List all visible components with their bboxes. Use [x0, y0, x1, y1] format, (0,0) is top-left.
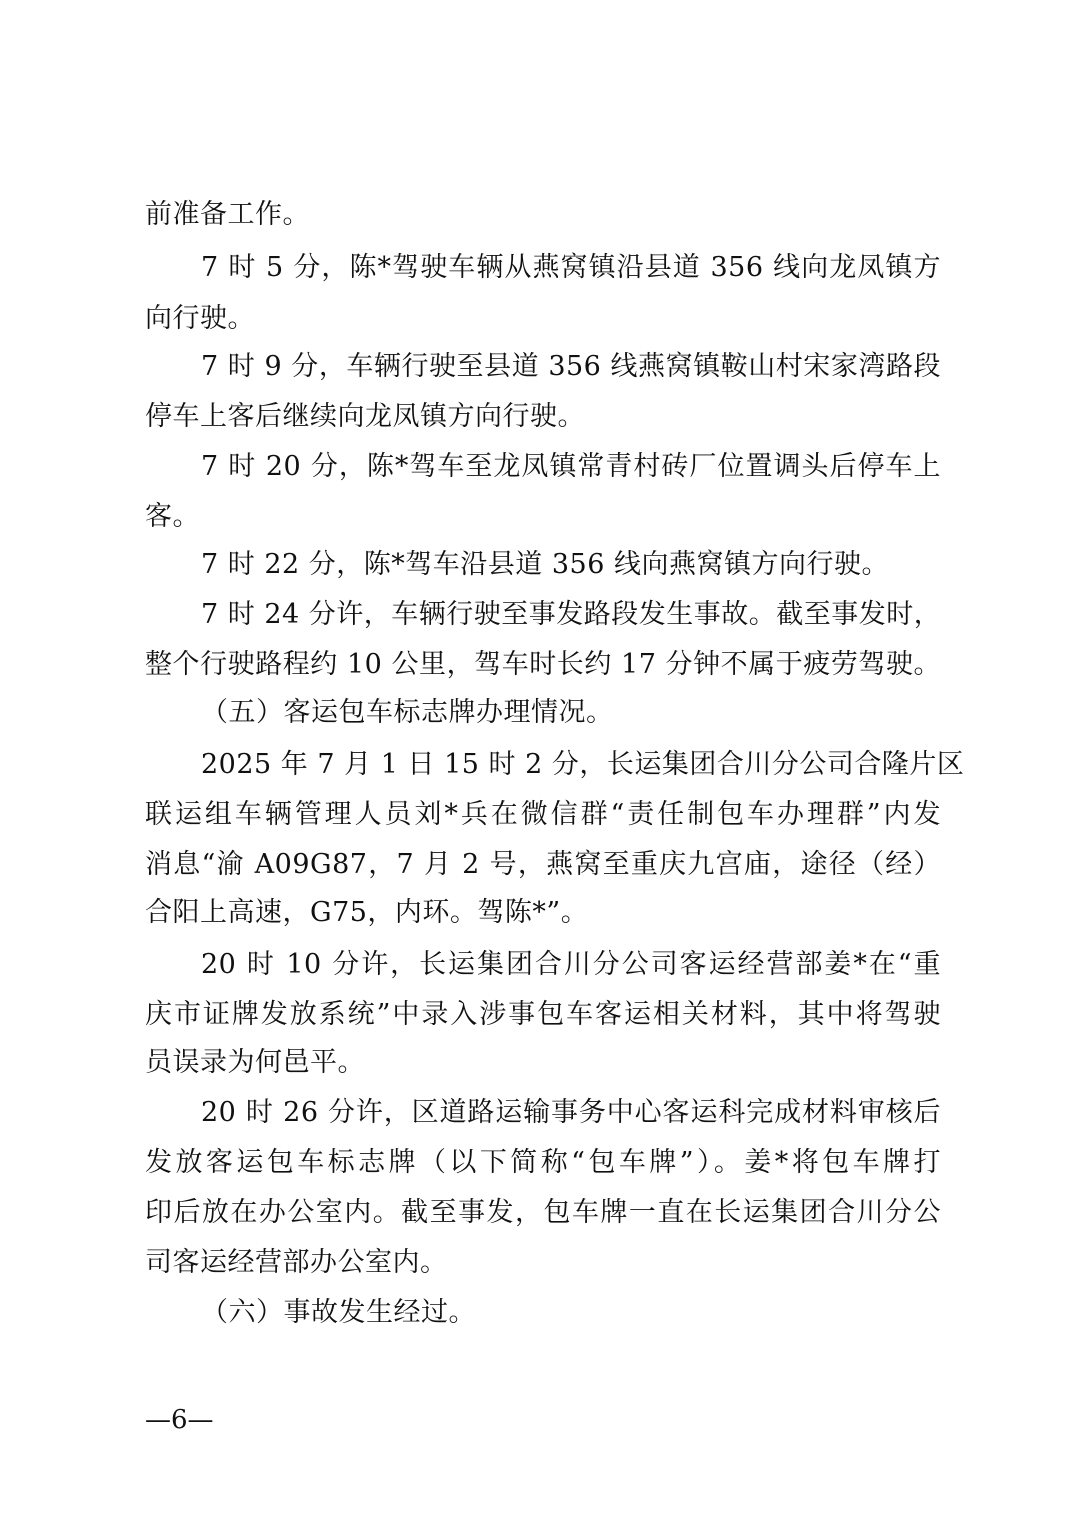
paragraph-line: 7 时 9 分，车辆行驶至县道 356 线燕窝镇鞍山村宋家湾路段 — [201, 352, 941, 382]
paragraph-line: 司客运经营部办公室内。 — [145, 1248, 448, 1278]
paragraph-line: 7 时 5 分，陈*驾驶车辆从燕窝镇沿县道 356 线向龙凤镇方 — [201, 253, 941, 283]
paragraph-line: 合阳上高速，G75，内环。驾陈*”。 — [145, 898, 588, 928]
paragraph-line: 20 时 26 分许，区道路运输事务中心客运科完成材料审核后 — [201, 1098, 941, 1128]
paragraph-line: 向行驶。 — [145, 304, 255, 334]
section-heading: （五）客运包车标志牌办理情况。 — [201, 698, 614, 728]
paragraph-line: 庆市证牌发放系统”中录入涉事包车客运相关材料，其中将驾驶 — [145, 1000, 941, 1030]
paragraph-line: 整个行驶路程约 10 公里，驾车时长约 17 分钟不属于疲劳驾驶。 — [145, 650, 941, 680]
paragraph-line: 前准备工作。 — [145, 200, 310, 230]
paragraph-line: 7 时 20 分，陈*驾车至龙凤镇常青村砖厂位置调头后停车上 — [201, 452, 941, 482]
paragraph-line: 停车上客后继续向龙凤镇方向行驶。 — [145, 402, 585, 432]
paragraph-line: 20 时 10 分许，长运集团合川分公司客运经营部姜*在“重 — [201, 950, 941, 980]
paragraph-line: 7 时 24 分许，车辆行驶至事发路段发生事故。截至事发时， — [201, 600, 941, 630]
paragraph-line: 印后放在办公室内。截至事发，包车牌一直在长运集团合川分公 — [145, 1198, 941, 1228]
paragraph-line: 7 时 22 分，陈*驾车沿县道 356 线向燕窝镇方向行驶。 — [201, 550, 889, 580]
section-heading: （六）事故发生经过。 — [201, 1298, 476, 1328]
paragraph-line: 2025 年 7 月 1 日 15 时 2 分，长运集团合川分公司合隆片区 — [201, 750, 941, 780]
page-number: —6— — [145, 1405, 214, 1435]
paragraph-line: 联运组车辆管理人员刘*兵在微信群“责任制包车办理群”内发 — [145, 800, 941, 830]
paragraph-line: 发放客运包车标志牌（以下简称“包车牌”）。姜*将包车牌打 — [145, 1148, 941, 1178]
paragraph-line: 员误录为何邑平。 — [145, 1048, 365, 1078]
paragraph-line: 消息“渝 A09G87，7 月 2 号，燕窝至重庆九宫庙，途径（经） — [145, 850, 941, 880]
paragraph-line: 客。 — [145, 502, 200, 532]
